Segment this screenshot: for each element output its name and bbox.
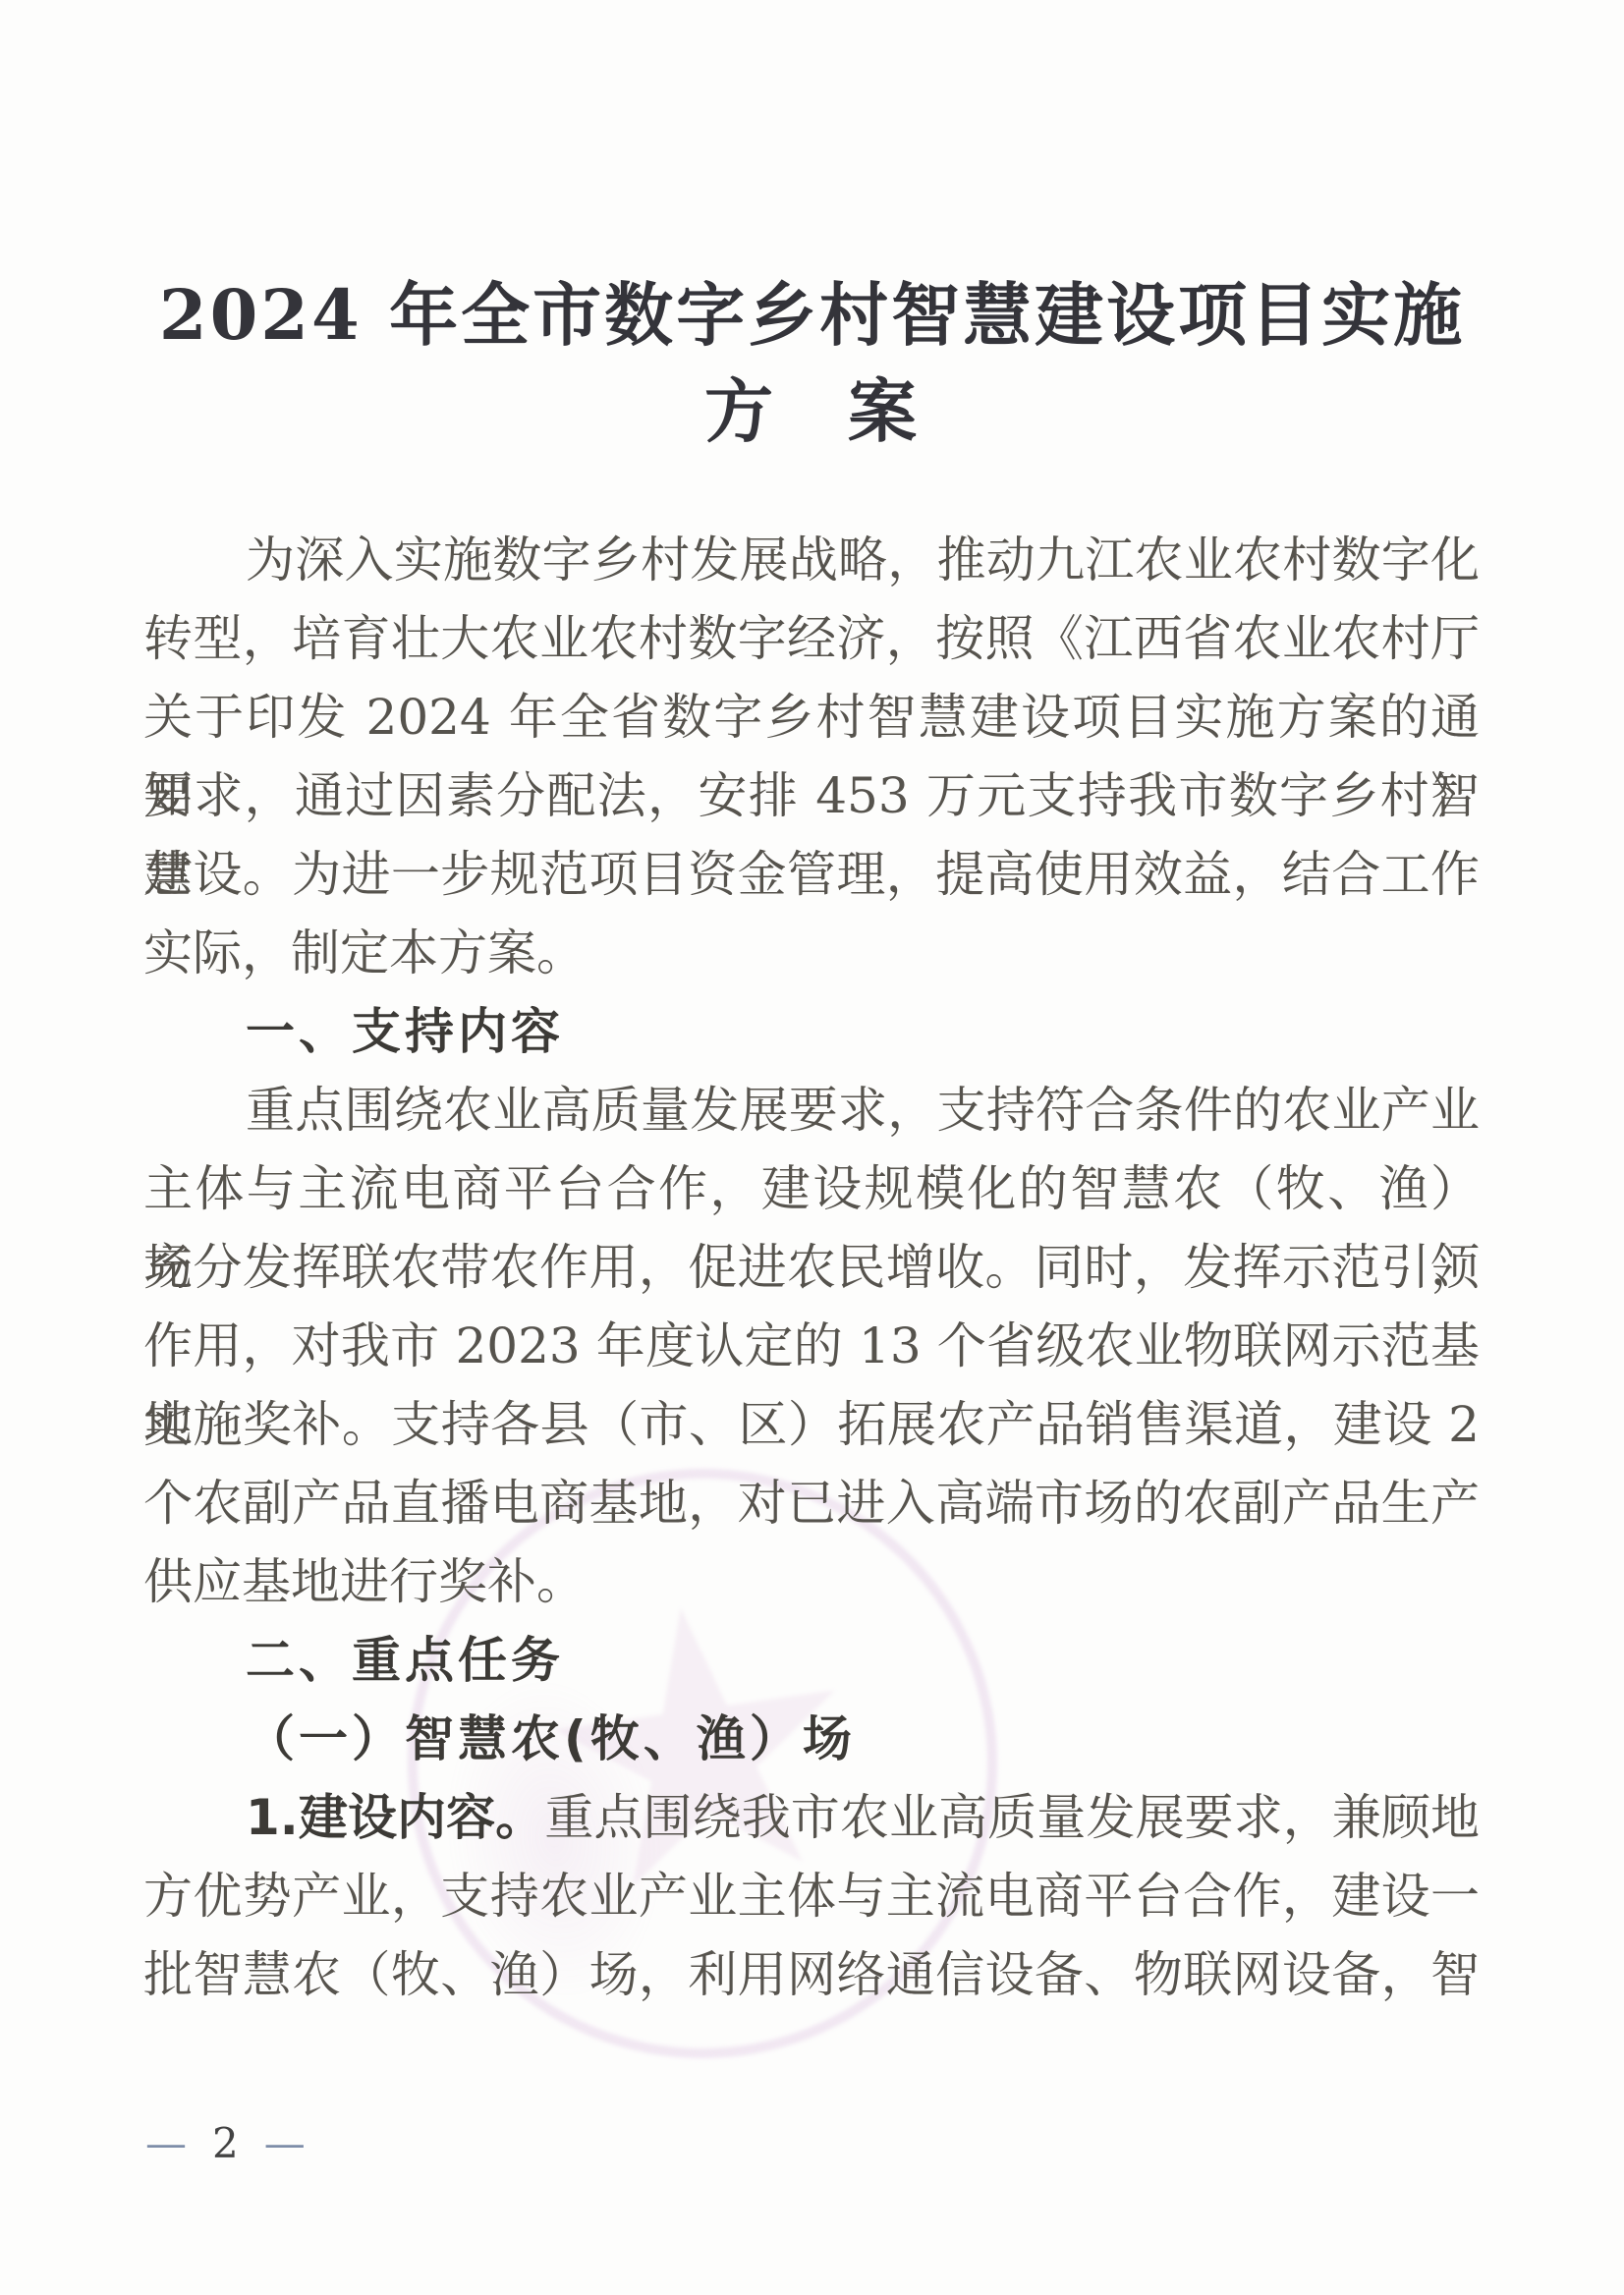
paragraph2-line7: 供应基地进行奖补。 [143,1542,1480,1621]
paragraph2-line5: 实施奖补。支持各县（市、区）拓展农产品销售渠道，建设 2 [143,1385,1480,1464]
page-number-footer: — 2 — [145,2114,306,2173]
section-heading-1: 一、支持内容 [143,992,1480,1071]
paragraph1-line3: 关于印发 2024 年全省数字乡村智慧建设项目实施方案的通知》 [143,678,1480,756]
paragraph1-line1: 为深入实施数字乡村发展战略，推动九江农业农村数字化 [143,521,1480,599]
paragraph2-line3: 充分发挥联农带农作用，促进农民增收。同时，发挥示范引领 [143,1228,1480,1307]
paragraph2-line2: 主体与主流电商平台合作，建设规模化的智慧农（牧、渔）场， [143,1149,1480,1228]
paragraph1-line5: 建设。为进一步规范项目资金管理，提高使用效益，结合工作 [143,835,1480,914]
paragraph2-line4: 作用，对我市 2023 年度认定的 13 个省级农业物联网示范基地 [143,1307,1480,1385]
paragraph3-line1-rest: 重点围绕我市农业高质量发展要求，兼顾地 [544,1789,1480,1846]
title-line-2: 方 案 [0,364,1624,460]
document-page: 2024 年全市数字乡村智慧建设项目实施 方 案 为深入实施数字乡村发展战略，推… [0,0,1624,2295]
section-heading-3: （一）智慧农(牧、渔）场 [143,1700,1480,1778]
document-body: 为深入实施数字乡村发展战略，推动九江农业农村数字化 转型，培育壮大农业农村数字经… [143,521,1480,2014]
paragraph3-line2: 方优势产业，支持农业产业主体与主流电商平台合作，建设一 [143,1857,1480,1935]
paragraph2-line6: 个农副产品直播电商基地，对已进入高端市场的农副产品生产 [143,1464,1480,1542]
footer-right-dash: — [264,2114,306,2173]
title-line-1: 2024 年全市数字乡村智慧建设项目实施 [0,267,1624,364]
document-title: 2024 年全市数字乡村智慧建设项目实施 方 案 [0,267,1624,460]
footer-left-dash: — [145,2114,187,2173]
section-heading-2: 二、重点任务 [143,1621,1480,1700]
footer-page-number: 2 [212,2114,239,2173]
paragraph1-line2: 转型，培育壮大农业农村数字经济，按照《江西省农业农村厅 [143,599,1480,678]
paragraph3-bold-lead: 1.建设内容。 [246,1789,544,1846]
paragraph2-line1: 重点围绕农业高质量发展要求，支持符合条件的农业产业 [143,1071,1480,1149]
paragraph3-line3: 批智慧农（牧、渔）场，利用网络通信设备、物联网设备，智 [143,1935,1480,2014]
paragraph1-line6: 实际，制定本方案。 [143,914,1480,992]
paragraph3-line1: 1.建设内容。重点围绕我市农业高质量发展要求，兼顾地 [143,1778,1480,1857]
paragraph1-line4: 要求，通过因素分配法，安排 453 万元支持我市数字乡村智慧 [143,756,1480,835]
